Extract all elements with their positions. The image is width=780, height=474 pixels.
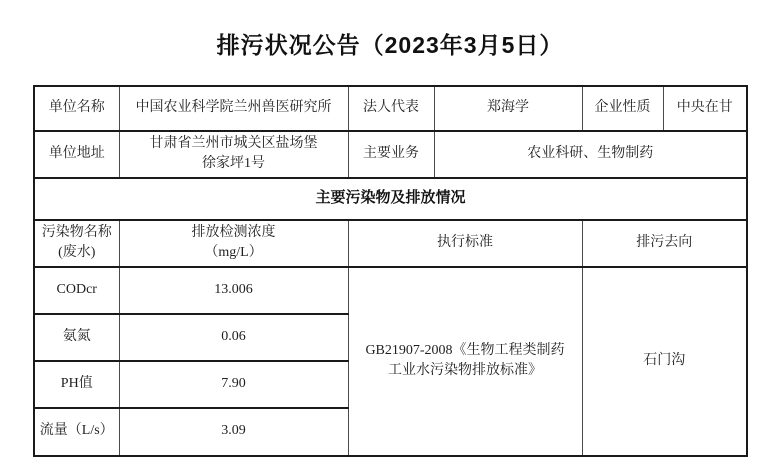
col-header-standard: 执行标准 (348, 220, 582, 267)
pollutant-row: CODcr 13.006 GB21907-2008《生物工程类制药 工业水污染物… (34, 267, 747, 314)
unit-address-value: 甘肃省兰州市城关区盐场堡 徐家坪1号 (119, 131, 348, 178)
pollutant-name: 氨氮 (34, 314, 119, 361)
pollutant-value: 0.06 (119, 314, 348, 361)
legal-rep-label: 法人代表 (348, 86, 434, 131)
table-row: 污染物名称 (废水) 排放检测浓度 （mg/L） 执行标准 排污去向 (34, 220, 747, 267)
col-header-concentration: 排放检测浓度 （mg/L） (119, 220, 348, 267)
pollutant-name: CODcr (34, 267, 119, 314)
destination-value: 石门沟 (582, 267, 747, 456)
table-row: 单位名称 中国农业科学院兰州兽医研究所 法人代表 郑海学 企业性质 中央在甘 (34, 86, 747, 131)
pollutant-value: 3.09 (119, 408, 348, 456)
announcement-table: 单位名称 中国农业科学院兰州兽医研究所 法人代表 郑海学 企业性质 中央在甘 单… (33, 85, 748, 457)
standard-value: GB21907-2008《生物工程类制药 工业水污染物排放标准》 (348, 267, 582, 456)
main-business-label: 主要业务 (348, 131, 434, 178)
table-row: 主要污染物及排放情况 (34, 178, 747, 220)
unit-name-value: 中国农业科学院兰州兽医研究所 (119, 86, 348, 131)
col-header-destination: 排污去向 (582, 220, 747, 267)
section-title: 主要污染物及排放情况 (34, 178, 747, 220)
pollutant-value: 13.006 (119, 267, 348, 314)
page-title: 排污状况公告（2023年3月5日） (0, 0, 780, 60)
col-header-pollutant: 污染物名称 (废水) (34, 220, 119, 267)
unit-name-label: 单位名称 (34, 86, 119, 131)
main-business-value: 农业科研、生物制药 (434, 131, 747, 178)
legal-rep-value: 郑海学 (434, 86, 582, 131)
table-row: 单位地址 甘肃省兰州市城关区盐场堡 徐家坪1号 主要业务 农业科研、生物制药 (34, 131, 747, 178)
pollutant-value: 7.90 (119, 361, 348, 408)
unit-address-label: 单位地址 (34, 131, 119, 178)
pollutant-name: PH值 (34, 361, 119, 408)
enterprise-type-label: 企业性质 (582, 86, 663, 131)
enterprise-type-value: 中央在甘 (663, 86, 747, 131)
pollutant-name: 流量（L/s） (34, 408, 119, 456)
